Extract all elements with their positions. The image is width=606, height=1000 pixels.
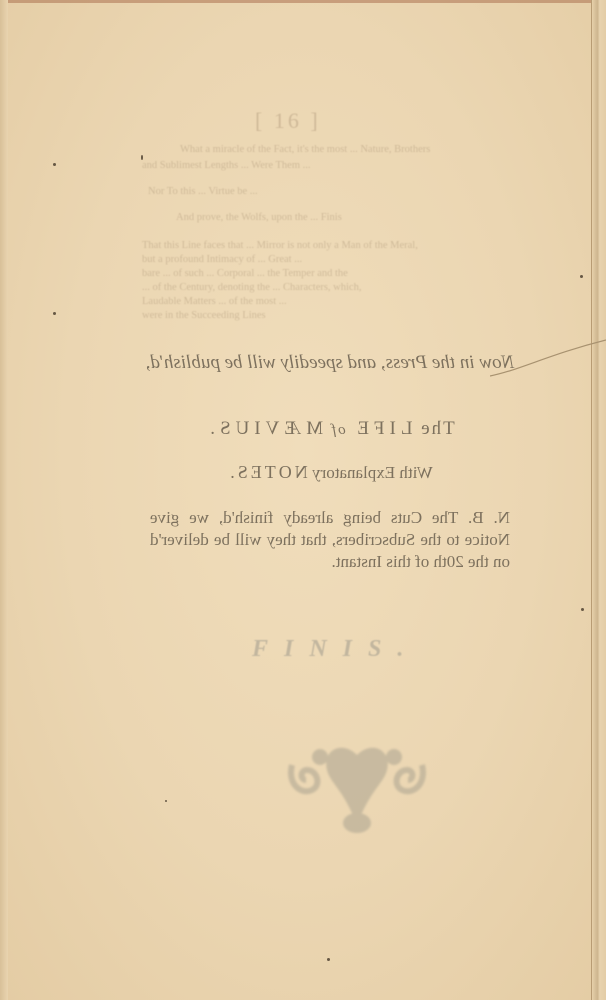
ink-speck <box>141 155 143 160</box>
ink-speck <box>580 275 583 278</box>
show-through-page-number: [ 16 ] <box>255 108 321 134</box>
mirrored-nb-paragraph: N. B. The Cuts being already finish'd, w… <box>150 507 510 573</box>
ink-speck <box>327 958 330 961</box>
show-through-line: Laudable Matters ... of the most ... <box>142 296 287 307</box>
page-binding-edge <box>591 0 606 1000</box>
show-through-line: What a miracle of the Fact, it's the mos… <box>180 144 430 155</box>
page-top-edge <box>0 0 606 3</box>
notes-caps: NOTES. <box>227 462 308 482</box>
scanned-page: [ 16 ] What a miracle of the Fact, it's … <box>0 0 606 1000</box>
show-through-line: were in the Succeeding Lines <box>142 310 266 321</box>
mirrored-subtitle: With Explanatory NOTES. <box>140 462 520 483</box>
page-left-edge <box>0 0 8 1000</box>
show-through-line: bare ... of such ... Corporal ... the Te… <box>142 268 348 279</box>
ink-speck <box>165 800 167 802</box>
paper-crease <box>490 336 606 380</box>
title-of: of <box>330 422 346 438</box>
show-through-finis: FINIS. <box>252 636 419 663</box>
show-through-line: ... of the Century, denoting the ... Cha… <box>142 282 361 293</box>
title-prefix: The <box>419 418 455 439</box>
title-name: MÆVIUS. <box>205 418 323 439</box>
show-through-line: Nor To this ... Virtue be ... <box>148 186 258 197</box>
ink-speck <box>53 312 56 315</box>
show-through-line: That this Line faces that ... Mirror is … <box>142 240 418 251</box>
notes-prefix: With Explanatory <box>312 463 433 482</box>
mirrored-title: The LIFE of MÆVIUS. <box>140 418 520 440</box>
show-through-line: but a profound Intimacy of ... Great ... <box>142 254 302 265</box>
title-main: LIFE <box>352 418 412 439</box>
mirrored-notice: Now in the Press, and speedily will be p… <box>140 352 520 374</box>
show-through-line: And prove, the Wolfs, upon the ... Finis <box>176 212 342 223</box>
ink-speck <box>581 608 584 611</box>
ink-speck <box>53 163 56 166</box>
show-through-line: and Sublimest Lengths ... Were Them ... <box>142 160 311 171</box>
fleuron-ornament-icon <box>282 735 432 835</box>
